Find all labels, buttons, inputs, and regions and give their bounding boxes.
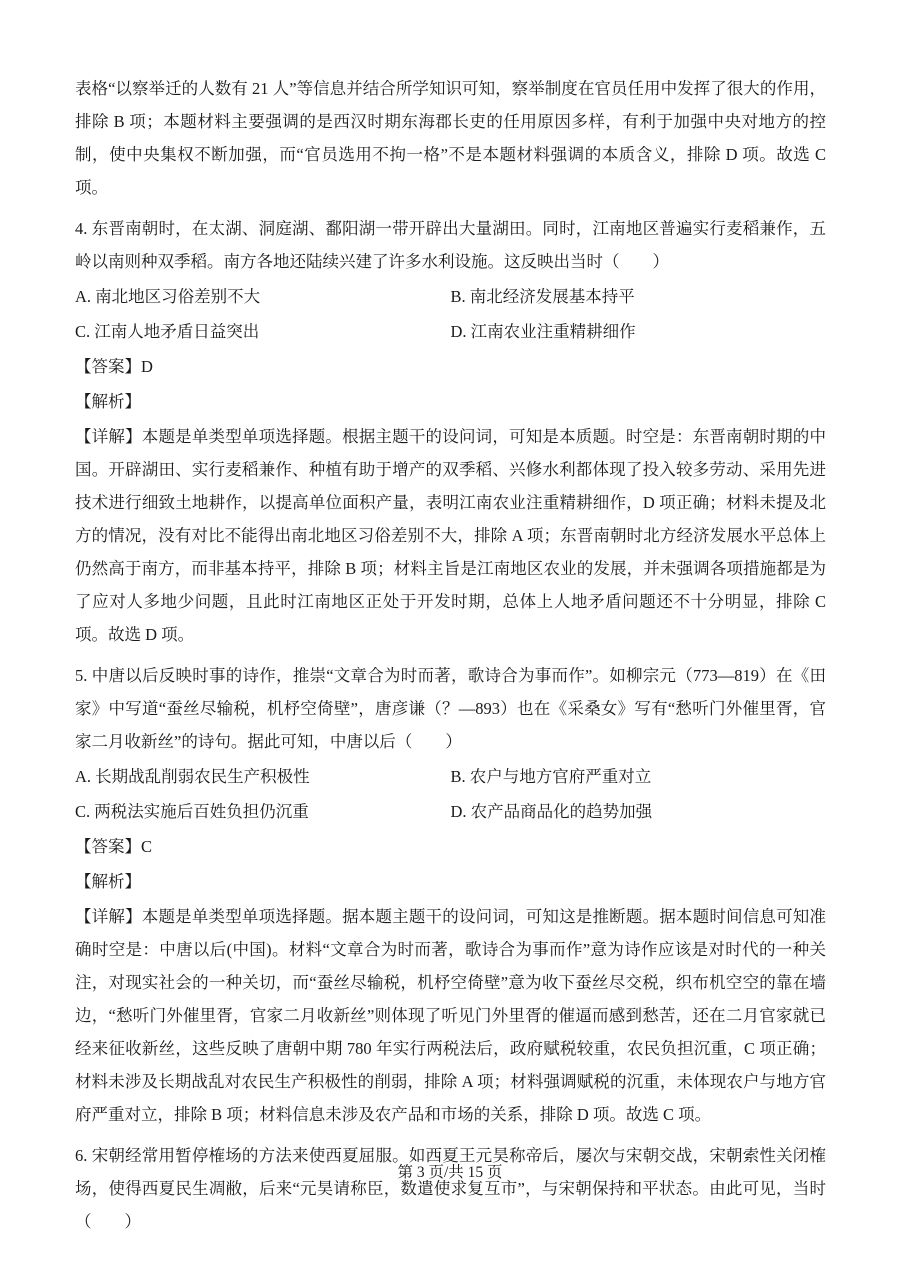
lead-continuation-paragraph: 表格“以察举迁的人数有 21 人”等信息并结合所学知识可知，察举制度在官员任用中… (75, 72, 826, 204)
question-6-stem: 6. 宋朝经常用暂停榷场的方法来使西夏屈服。如西夏王元昊称帝后，屡次与宋朝交战，… (75, 1139, 826, 1238)
question-5-stem: 5. 中唐以后反映时事的诗作，推崇“文章合为时而著，歌诗合为事而作”。如柳宗元（… (75, 659, 826, 758)
page-number-footer: 第 3 页/共 15 页 (0, 1160, 900, 1186)
question-4-options-row-2: C. 江南人地矛盾日益突出 D. 江南农业注重精耕细作 (75, 315, 826, 348)
question-5-option-d: D. 农产品商品化的趋势加强 (451, 795, 827, 828)
question-5-option-a: A. 长期战乱削弱农民生产积极性 (75, 760, 451, 793)
question-4-option-d: D. 江南农业注重精耕细作 (451, 315, 827, 348)
question-4-option-c: C. 江南人地矛盾日益突出 (75, 315, 451, 348)
question-5-analysis-label: 【解析】 (75, 865, 826, 898)
question-4-answer: 【答案】D (75, 350, 826, 383)
document-page: 表格“以察举迁的人数有 21 人”等信息并结合所学知识可知，察举制度在官员任用中… (0, 0, 900, 1273)
question-4-option-b: B. 南北经济发展基本持平 (451, 280, 827, 313)
question-4-analysis-label: 【解析】 (75, 385, 826, 418)
question-5-options-row-2: C. 两税法实施后百姓负担仍沉重 D. 农产品商品化的趋势加强 (75, 795, 826, 828)
question-5-option-b: B. 农户与地方官府严重对立 (451, 760, 827, 793)
question-4-stem: 4. 东晋南朝时，在太湖、洞庭湖、鄱阳湖一带开辟出大量湖田。同时，江南地区普遍实… (75, 212, 826, 278)
question-5-answer: 【答案】C (75, 830, 826, 863)
question-4-options-row-1: A. 南北地区习俗差别不大 B. 南北经济发展基本持平 (75, 280, 826, 313)
question-4-option-a: A. 南北地区习俗差别不大 (75, 280, 451, 313)
question-5-options-row-1: A. 长期战乱削弱农民生产积极性 B. 农户与地方官府严重对立 (75, 760, 826, 793)
question-5-option-c: C. 两税法实施后百姓负担仍沉重 (75, 795, 451, 828)
question-4-explanation: 【详解】本题是单类型单项选择题。根据主题干的设问词，可知是本质题。时空是：东晋南… (75, 420, 826, 651)
question-5-explanation: 【详解】本题是单类型单项选择题。据本题主题干的设问词，可知这是推断题。据本题时间… (75, 900, 826, 1131)
